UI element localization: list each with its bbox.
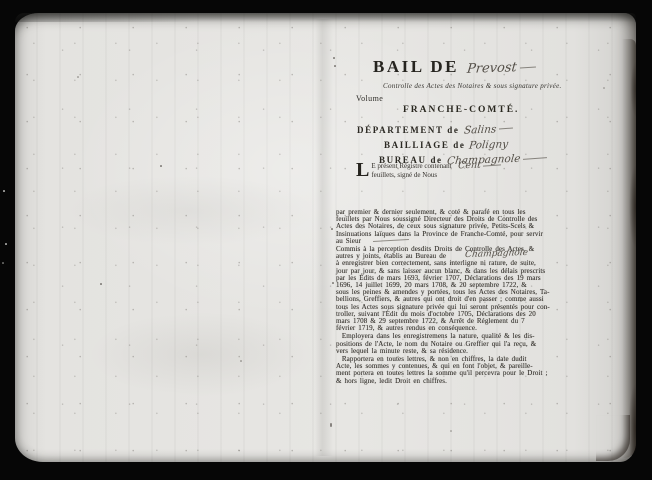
body-paragraph: Employera dans les enregistremens la nat… <box>336 333 626 355</box>
document-title: BAIL DEPrevost <box>373 57 536 77</box>
pen-flourish <box>523 157 547 161</box>
title-handwritten: Prevost <box>466 60 517 77</box>
pen-flourish <box>499 128 513 131</box>
register-line1: E présent Régistre contenant <box>371 162 451 170</box>
pen-flourish <box>520 67 536 70</box>
archive-page: BAIL DEPrevost Controlle des Actes des N… <box>15 13 636 462</box>
pen-flourish <box>483 165 501 168</box>
ink-speck <box>240 360 242 362</box>
ink-speck <box>160 165 162 167</box>
departement-label: DÉPARTEMENT de <box>357 125 460 135</box>
ink-speck <box>330 423 332 427</box>
ink-speck <box>332 282 334 284</box>
drop-cap: L <box>356 162 369 179</box>
register-line2: feuillets, signé de Nous <box>371 171 437 179</box>
ink-speck <box>100 283 102 285</box>
document-subtitle: Controlle des Actes des Notaires & sous … <box>383 82 562 90</box>
page-fold <box>315 19 333 456</box>
ink-speck <box>77 76 79 78</box>
scan-viewport: { "scan": { "background_color": "#060606… <box>0 0 652 480</box>
province-heading: FRANCHE-COMTÉ. <box>403 105 519 115</box>
page-edge-top <box>15 13 636 22</box>
bailliage-label: BAILLIAGE de <box>384 140 465 150</box>
scan-speck <box>5 243 7 245</box>
ink-speck <box>333 57 335 59</box>
ink-speck <box>450 430 452 432</box>
folio-count-handwritten: Cent <box>457 162 481 171</box>
scan-speck <box>2 262 4 264</box>
ink-speck <box>334 65 336 67</box>
body-paragraph: Rapportera en toutes lettres, & non en c… <box>336 356 626 385</box>
ink-speck <box>603 87 605 89</box>
body-text-block: par premier & dernier seulement, & coté … <box>336 209 626 386</box>
volume-label: Volume <box>356 94 383 103</box>
ink-speck <box>331 228 333 230</box>
ink-speck <box>520 300 522 302</box>
scan-speck <box>3 190 5 192</box>
title-printed: BAIL DE <box>373 57 459 76</box>
register-intro: LE présent Régistre contenantCent feuill… <box>356 162 586 179</box>
